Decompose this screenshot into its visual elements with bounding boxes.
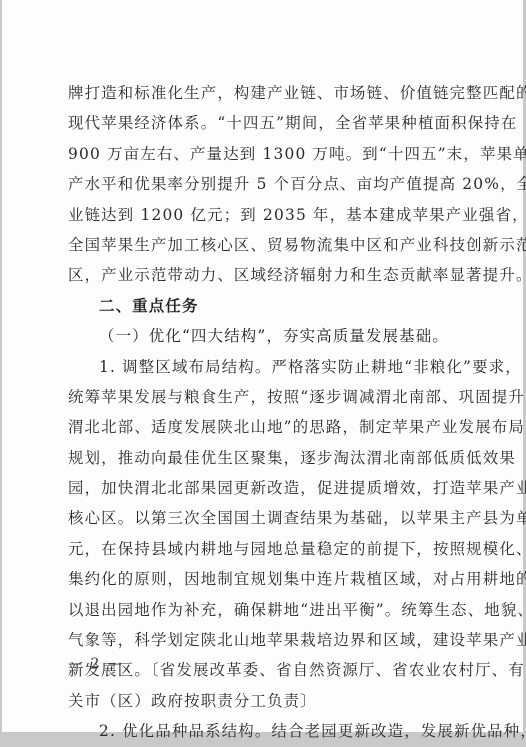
document-body: 牌打造和标准化生产，构建产业链、市场链、价值链完整匹配的 现代苹果经济体系。“十… bbox=[68, 78, 470, 736]
paragraph-line: 全国苹果生产加工核心区、贸易物流集中区和产业科技创新示范 bbox=[68, 230, 470, 260]
paragraph-line: 牌打造和标准化生产，构建产业链、市场链、价值链完整匹配的 bbox=[68, 78, 470, 108]
item1-line: 1. 调整区域布局结构。严格落实防止耕地“非粮化”要求， bbox=[68, 352, 470, 382]
section-heading: 二、重点任务 bbox=[68, 291, 470, 321]
page-number: — 2 — bbox=[68, 656, 124, 672]
item1-line: 元，在保持县域内耕地与园地总量稳定的前提下，按照规模化、 bbox=[68, 534, 470, 564]
item1-line: 渭北北部、适度发展陕北山地”的思路，制定苹果产业发展布局 bbox=[68, 412, 470, 442]
item2-line: 2. 优化品种品系结构。结合老园更新改造，发展新优品种， bbox=[68, 716, 470, 736]
paragraph-line: 现代苹果经济体系。“十四五”期间，全省苹果种植面积保持在 bbox=[68, 108, 470, 138]
paragraph-line: 业链达到 1200 亿元；到 2035 年，基本建成苹果产业强省，成为 bbox=[68, 200, 470, 230]
item1-line: 以退出园地作为补充，确保耕地“进出平衡”。统筹生态、地貌、 bbox=[68, 595, 470, 625]
item1-line: 园，加快渭北北部果园更新改造，促进提质增效，打造苹果产业 bbox=[68, 473, 470, 503]
item1-line: 规划，推动向最佳优生区聚集，逐步淘汰渭北南部低质低效果 bbox=[68, 443, 470, 473]
paragraph-line: 产水平和优果率分别提升 5 个百分点、亩均产值提高 20%，全产 bbox=[68, 169, 470, 199]
document-page: 牌打造和标准化生产，构建产业链、市场链、价值链完整匹配的 现代苹果经济体系。“十… bbox=[2, 0, 523, 732]
item1-line: 关市（区）政府按职责分工负责〕 bbox=[68, 686, 470, 716]
item1-line: 统筹苹果发展与粮食生产，按照“逐步调减渭北南部、巩固提升 bbox=[68, 382, 470, 412]
paragraph-line: 900 万亩左右、产量达到 1300 万吨。到“十四五”末，苹果单 bbox=[68, 139, 470, 169]
item1-line: 新发展区。〔省发展改革委、省自然资源厅、省农业农村厅、有 bbox=[68, 655, 470, 685]
paragraph-line: 区，产业示范带动力、区域经济辐射力和生态贡献率显著提升。 bbox=[68, 260, 470, 290]
item1-line: 集约化的原则，因地制宜规划集中连片栽植区域，对占用耕地的 bbox=[68, 564, 470, 594]
item1-line: 核心区。以第三次全国国土调查结果为基础，以苹果主产县为单 bbox=[68, 503, 470, 533]
subsection-heading: （一）优化“四大结构”，夯实高质量发展基础。 bbox=[68, 321, 470, 351]
item1-line: 气象等，科学划定陕北山地苹果栽培边界和区域，建设苹果产业 bbox=[68, 625, 470, 655]
